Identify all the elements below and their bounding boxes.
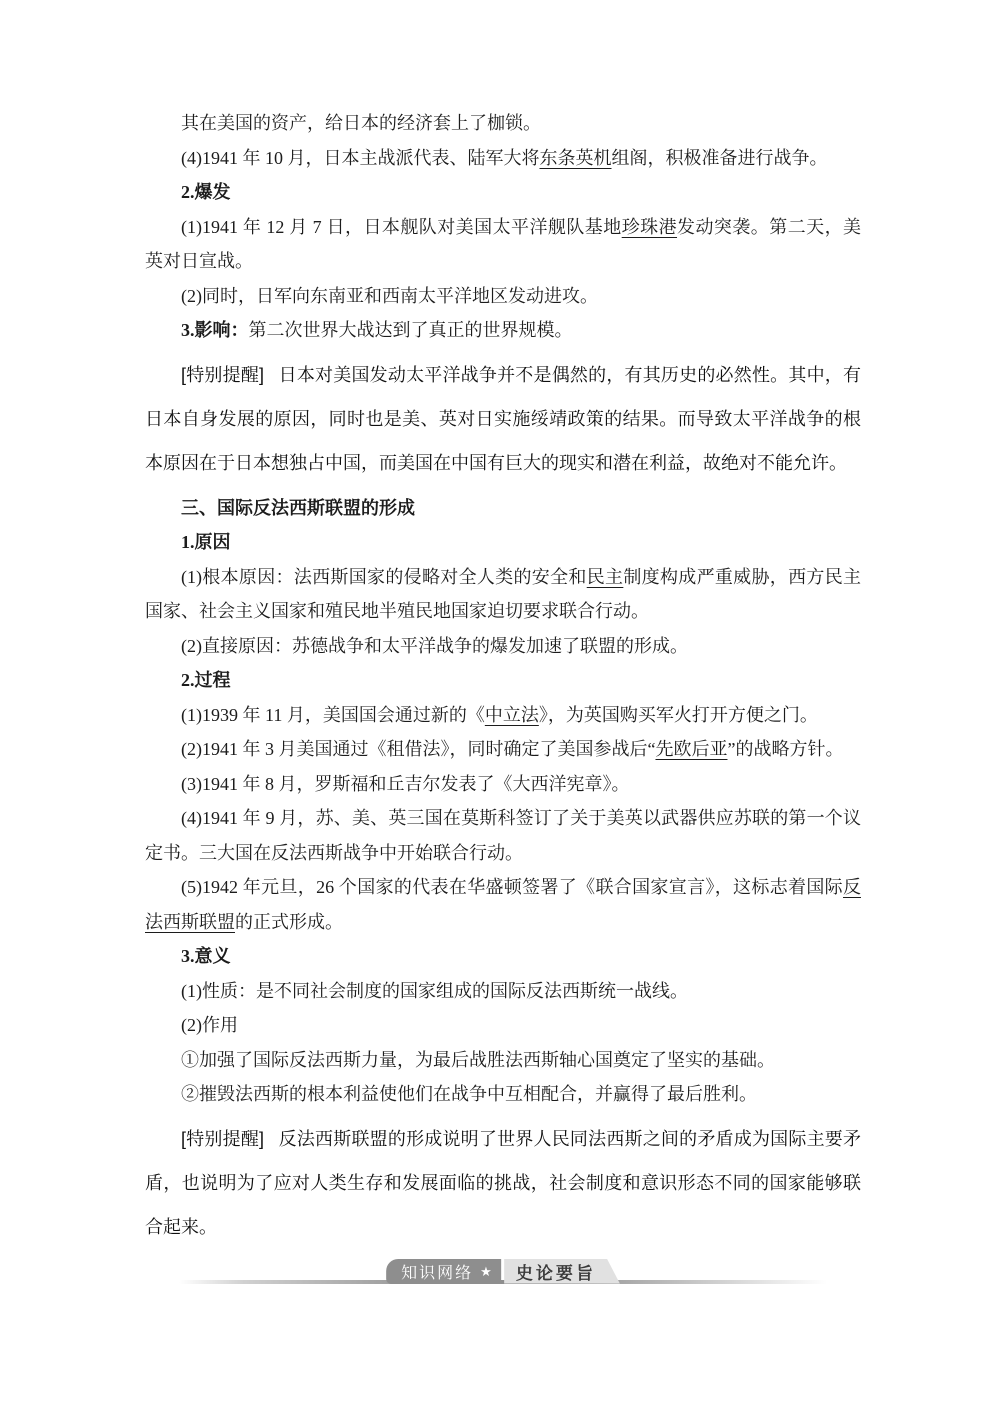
text-run: (4)1941 年 9 月，苏、美、英三国在莫斯科签订了关于美英以武器供应苏联的… [145, 808, 861, 863]
tip-alliance-significance: [特别提醒]反法西斯联盟的形成说明了世界人民同法西斯之间的矛盾成为国际主要矛盾，… [145, 1117, 861, 1249]
text-run: (3)1941 年 8 月，罗斯福和丘吉尔发表了《大西洋宪章》。 [181, 774, 630, 794]
heading-significance: 3.意义 [145, 939, 861, 974]
heading-process: 2.过程 [145, 663, 861, 698]
text-run: [特别提醒] [181, 1129, 264, 1149]
text-run: 东条英机 [540, 148, 612, 168]
text-run: 的正式形成。 [235, 912, 343, 932]
page-content: 其在美国的资产，给日本的经济套上了枷锁。 (4)1941 年 10 月，日本主战… [145, 106, 861, 1293]
para-nature: (1)性质：是不同社会制度的国家组成的国际反法西斯统一战线。 [145, 974, 861, 1009]
para-pearl-harbor: (1)1941 年 12 月 7 日，日本舰队对美国太平洋舰队基地珍珠港发动突袭… [145, 210, 861, 279]
banner-left-segment: 知识网络 ★ [386, 1259, 501, 1284]
text-run: (5)1942 年元旦，26 个国家的代表在华盛顿签署了《联合国家宣言》，这标志… [181, 877, 843, 897]
text-run: (1)性质：是不同社会制度的国家组成的国际反法西斯统一战线。 [181, 981, 688, 1001]
text-run: 先欧后亚 [655, 739, 727, 759]
text-run: ②摧毁法西斯的根本利益使他们在战争中互相配合，并赢得了最后胜利。 [181, 1084, 757, 1104]
text-run: ”的战略方针。 [727, 739, 843, 759]
text-run: 中立法 [485, 705, 539, 725]
text-run: 第二次世界大战达到了真正的世界规模。 [249, 320, 573, 340]
heading-reasons: 1.原因 [145, 525, 861, 560]
text-run: [特别提醒] [181, 365, 264, 385]
text-run: 三、国际反法西斯联盟的形成 [181, 498, 415, 518]
text-run: 组阁，积极准备进行战争。 [612, 148, 828, 168]
text-run: 其在美国的资产，给日本的经济套上了枷锁。 [181, 113, 541, 133]
text-run: 民主 [587, 567, 624, 587]
text-run: (2)1941 年 3 月美国通过《租借法》，同时确定了美国参战后“ [181, 739, 655, 759]
text-run: 珍珠港 [622, 217, 677, 237]
tip-pacific-war-inevitability: [特别提醒]日本对美国发动太平洋战争并不是偶然的，有其历史的必然性。其中，有日本… [145, 353, 861, 485]
para-un-declaration-1942: (5)1942 年元旦，26 个国家的代表在华盛顿签署了《联合国家宣言》，这标志… [145, 870, 861, 939]
banner-tab: 知识网络 ★ 史论要旨 [386, 1259, 620, 1284]
text-run: (4)1941 年 10 月，日本主战派代表、陆军大将 [181, 148, 540, 168]
text-run: (2)直接原因：苏德战争和太平洋战争的爆发加速了联盟的形成。 [181, 636, 688, 656]
text-run: (2)同时，日军向东南亚和西南太平洋地区发动进攻。 [181, 286, 598, 306]
para-lend-lease-1941: (2)1941 年 3 月美国通过《租借法》，同时确定了美国参战后“先欧后亚”的… [145, 732, 861, 767]
para-tojo-cabinet: (4)1941 年 10 月，日本主战派代表、陆军大将东条英机组阁，积极准备进行… [145, 141, 861, 176]
text-run: (1)根本原因：法西斯国家的侵略对全人类的安全和 [181, 567, 587, 587]
heading-outbreak: 2.爆发 [145, 175, 861, 210]
para-us-assets-continuation: 其在美国的资产，给日本的经济套上了枷锁。 [145, 106, 861, 141]
heading-anti-fascist-alliance: 三、国际反法西斯联盟的形成 [145, 491, 861, 526]
para-role-point-1: ①加强了国际反法西斯力量，为最后战胜法西斯轴心国奠定了坚实的基础。 [145, 1043, 861, 1078]
para-fundamental-reason: (1)根本原因：法西斯国家的侵略对全人类的安全和民主制度构成严重威胁，西方民主国… [145, 560, 861, 629]
text-run: ①加强了国际反法西斯力量，为最后战胜法西斯轴心国奠定了坚实的基础。 [181, 1050, 775, 1070]
text-run: 3.影响： [181, 320, 249, 340]
banner-left-label: 知识网络 [401, 1260, 473, 1283]
star-icon: ★ [480, 1265, 492, 1278]
para-direct-reason: (2)直接原因：苏德战争和太平洋战争的爆发加速了联盟的形成。 [145, 629, 861, 664]
text-run: (2)作用 [181, 1015, 238, 1035]
para-role: (2)作用 [145, 1008, 861, 1043]
text-run: (1)1939 年 11 月，美国国会通过新的《 [181, 705, 485, 725]
section-banner: 知识网络 ★ 史论要旨 [145, 1259, 861, 1293]
text-run: 》，为英国购买军火打开方便之门。 [539, 705, 818, 725]
text-run: (1)1941 年 12 月 7 日，日本舰队对美国太平洋舰队基地 [181, 217, 622, 237]
para-atlantic-charter: (3)1941 年 8 月，罗斯福和丘吉尔发表了《大西洋宪章》。 [145, 767, 861, 802]
text-run: 2.过程 [181, 670, 231, 690]
banner-right-label: 史论要旨 [516, 1259, 596, 1284]
para-role-point-2: ②摧毁法西斯的根本利益使他们在战争中互相配合，并赢得了最后胜利。 [145, 1077, 861, 1112]
text-run: 1.原因 [181, 532, 231, 552]
para-moscow-protocol: (4)1941 年 9 月，苏、美、英三国在莫斯科签订了关于美英以武器供应苏联的… [145, 801, 861, 870]
para-neutrality-act-1939: (1)1939 年 11 月，美国国会通过新的《中立法》，为英国购买军火打开方便… [145, 698, 861, 733]
text-run: 2.爆发 [181, 182, 231, 202]
textbook-page: 其在美国的资产，给日本的经济套上了枷锁。 (4)1941 年 10 月，日本主战… [0, 0, 1000, 1414]
para-southeast-asia-attack: (2)同时，日军向东南亚和西南太平洋地区发动进攻。 [145, 279, 861, 314]
para-impact: 3.影响：第二次世界大战达到了真正的世界规模。 [145, 313, 861, 348]
text-run: 3.意义 [181, 946, 231, 966]
banner-right-segment: 史论要旨 [504, 1259, 620, 1284]
